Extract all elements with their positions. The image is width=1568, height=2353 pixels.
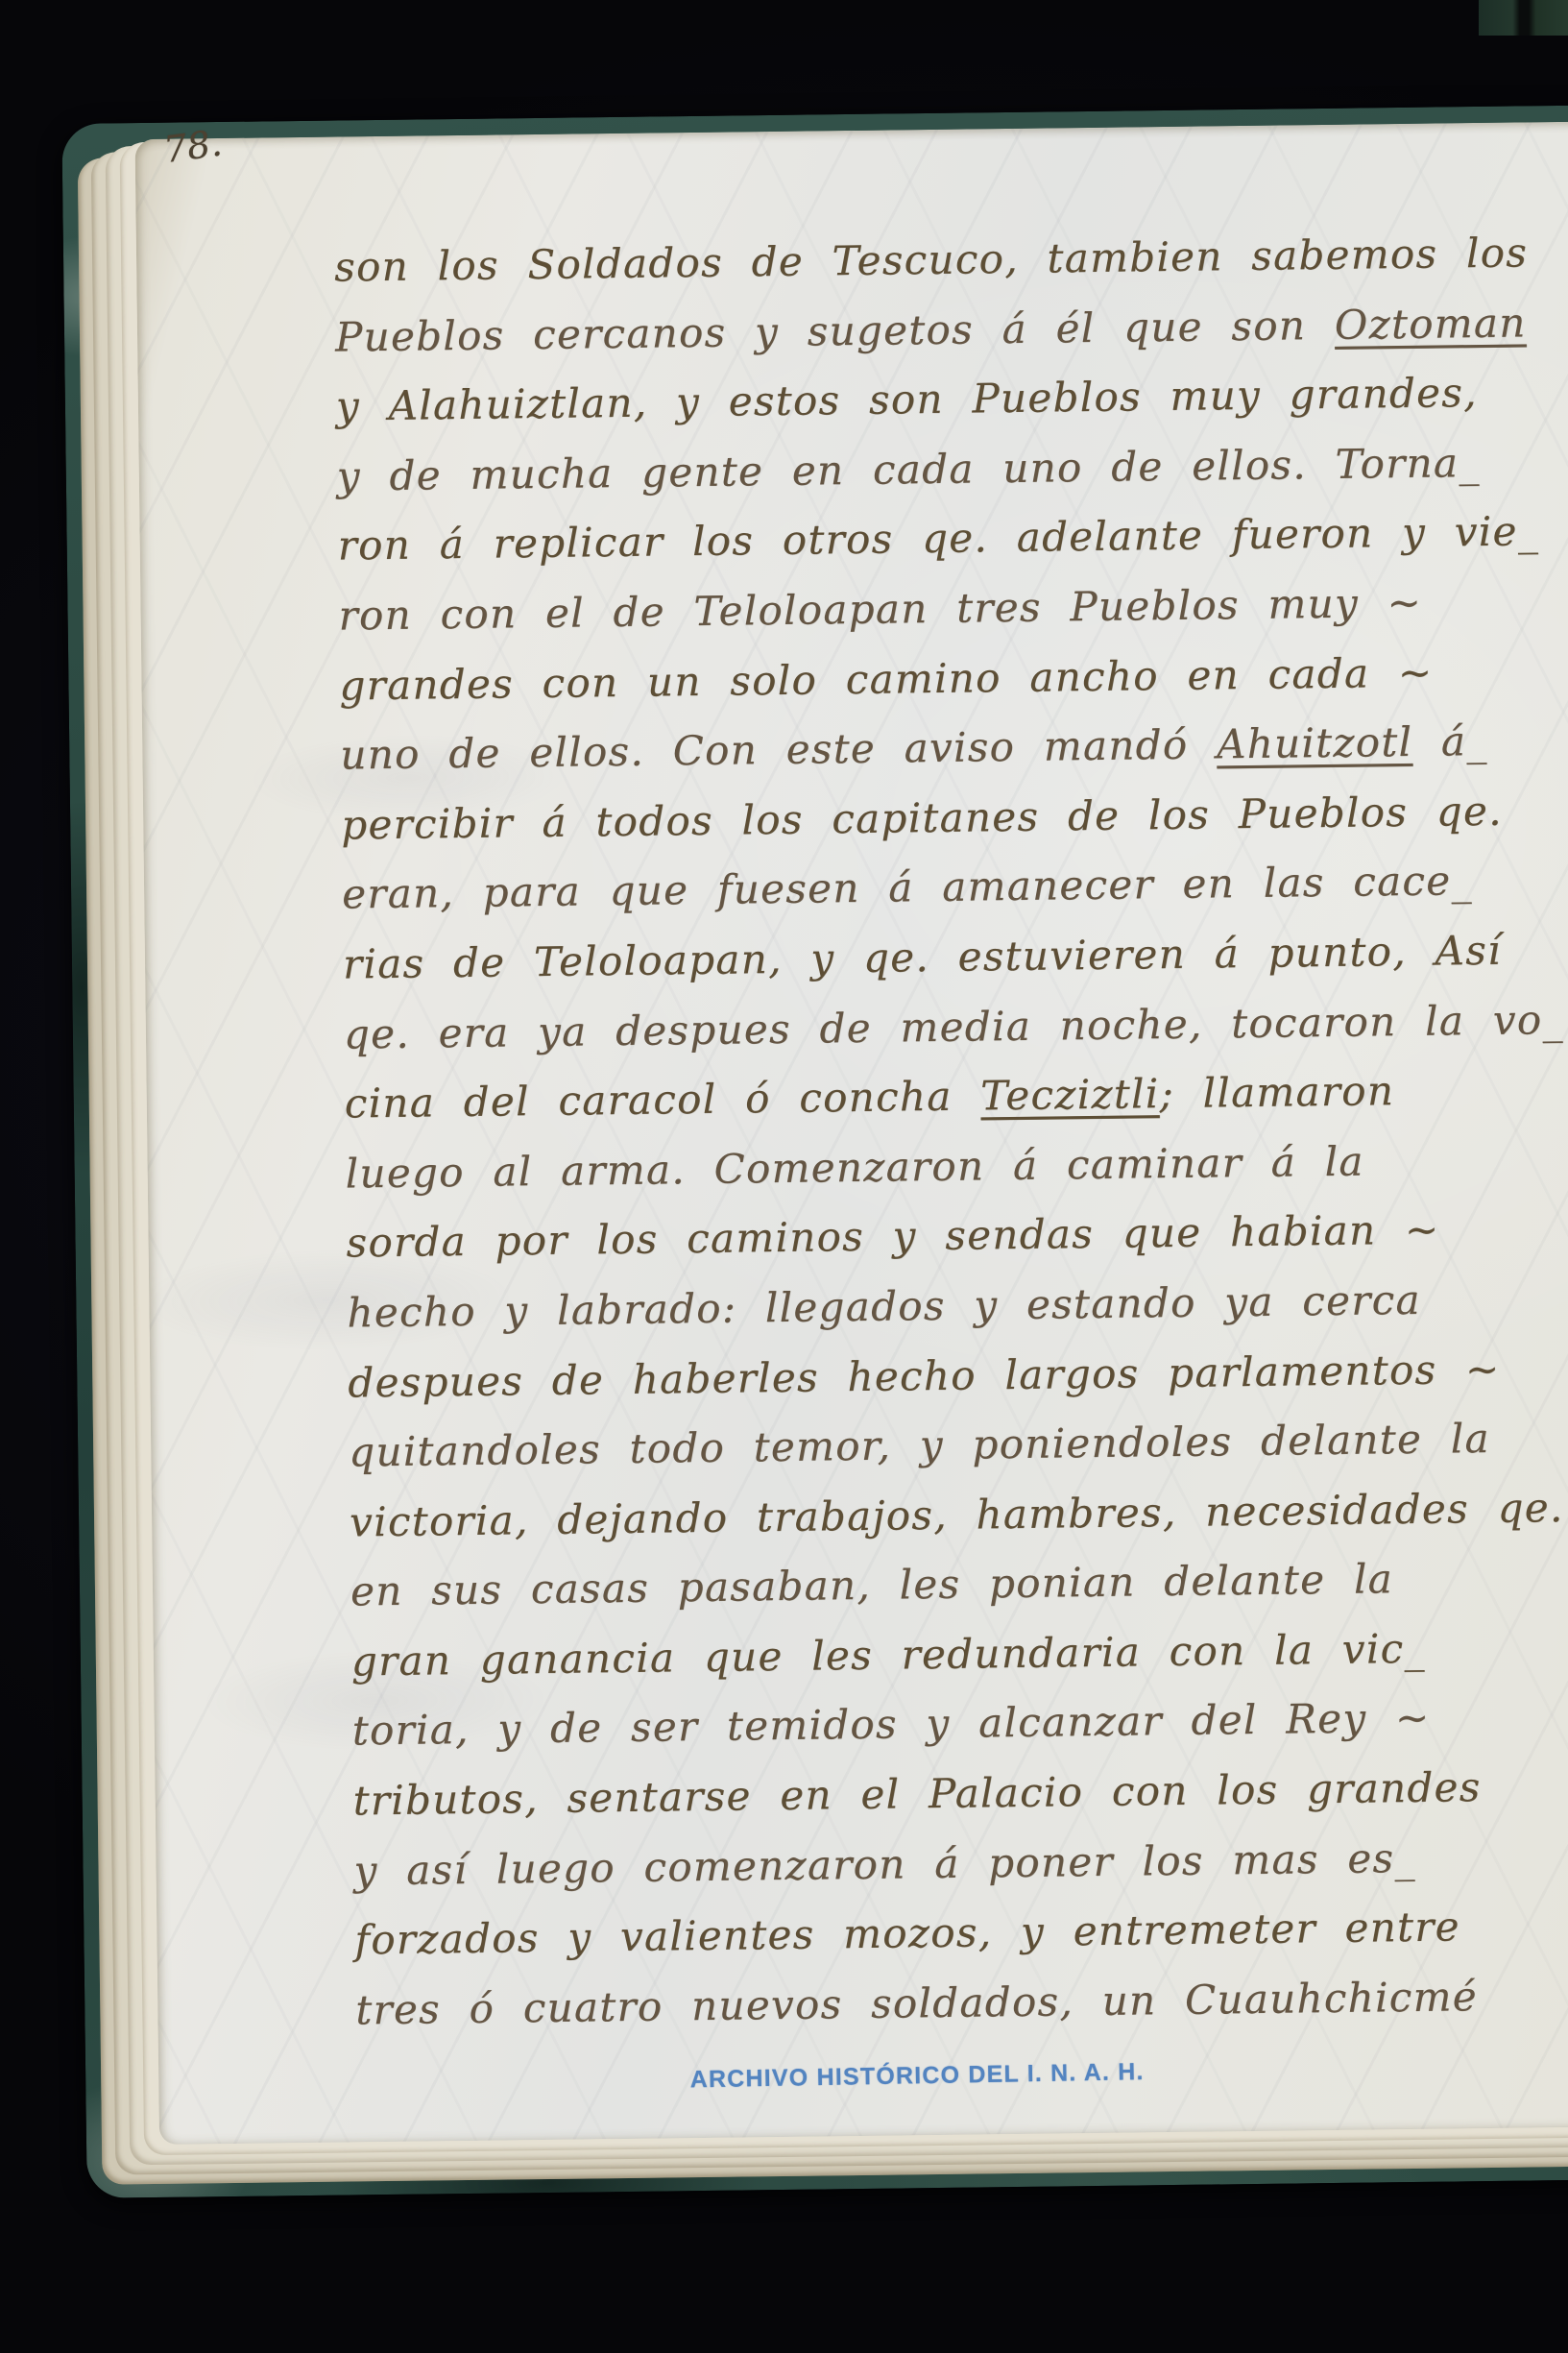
photo-background: 78. son los Soldados de Tescuco, tambien…	[0, 0, 1568, 2353]
manuscript-line: cina del caracol ó concha Tecziztli; lla…	[344, 1054, 1568, 1139]
manuscript-page: 78. son los Soldados de Tescuco, tambien…	[135, 121, 1568, 2145]
manuscript-text: son los Soldados de Tescuco, tambien sab…	[334, 217, 1568, 2046]
inah-stamp: ARCHIVO HISTÓRICO DEL I. N. A. H.	[690, 2058, 1145, 2094]
manuscript-line: tres ó cuatro nuevos soldados, un Cuauhc…	[355, 1960, 1568, 2046]
page-number: 78.	[161, 121, 225, 171]
manuscript-book: 78. son los Soldados de Tescuco, tambien…	[0, 0, 1568, 2353]
